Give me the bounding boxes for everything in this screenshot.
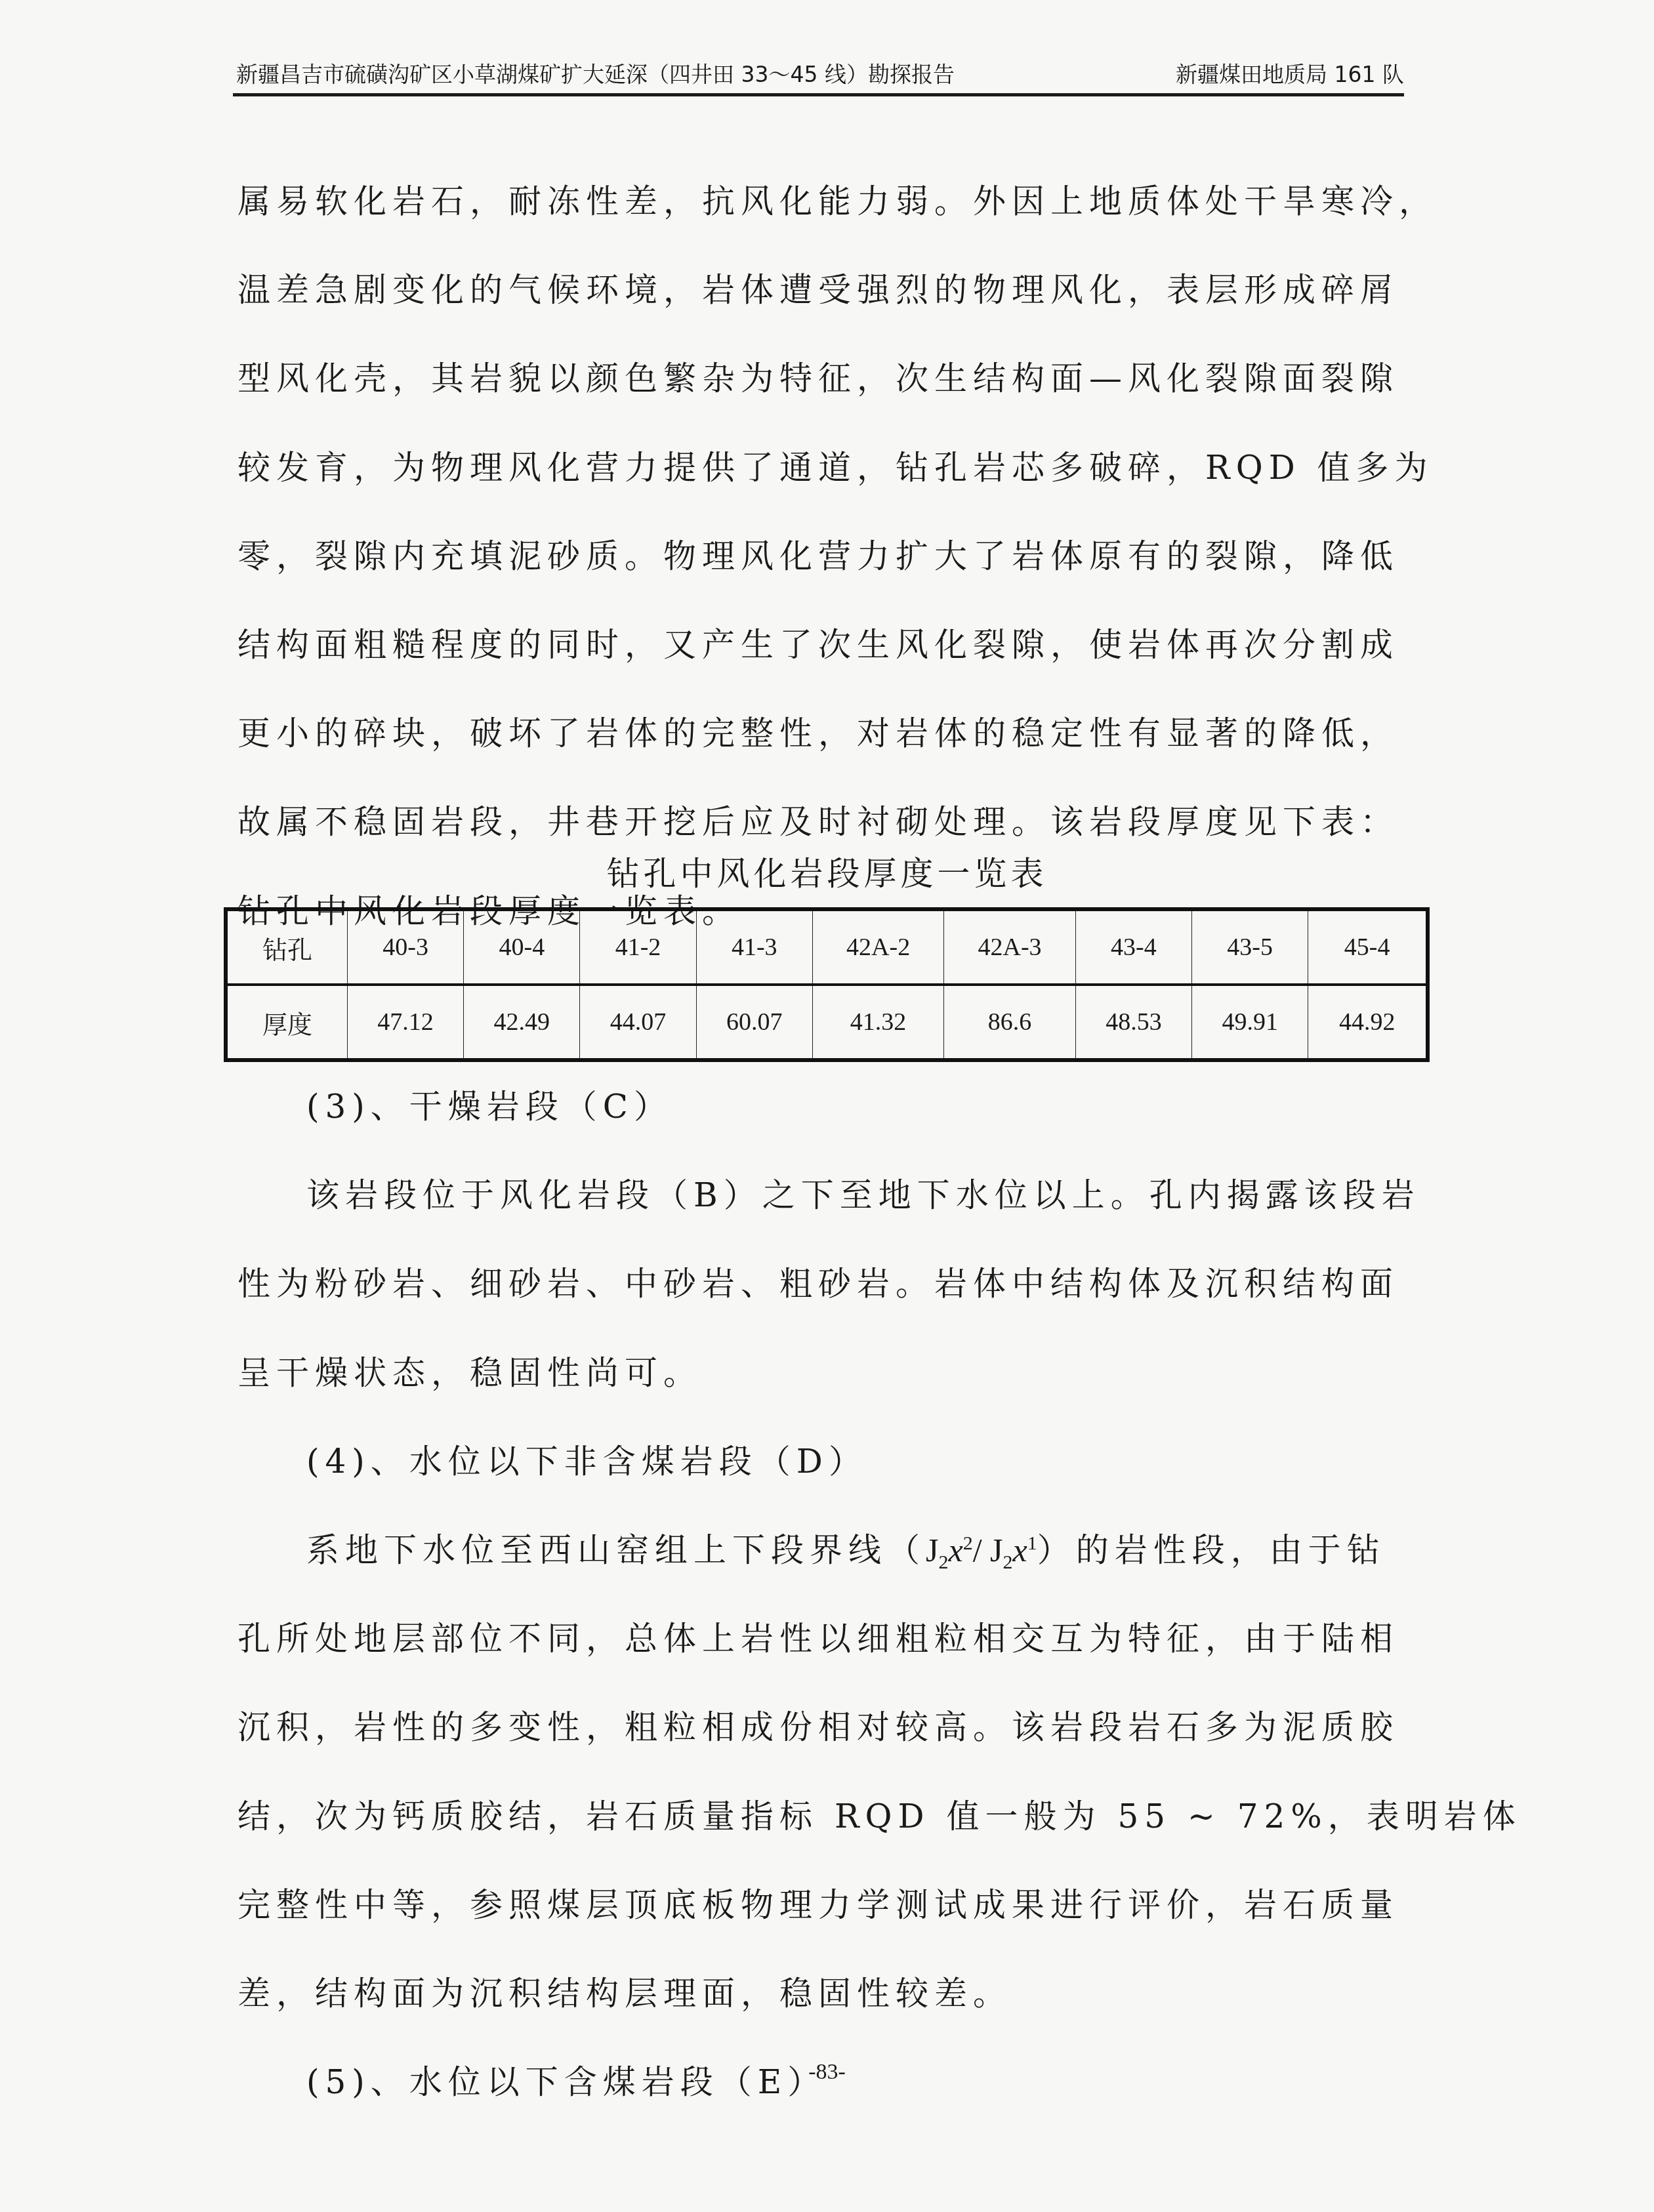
text-line: 孔所处地层部位不同，总体上岩性以细粗粒相交互为特征，由于陆相 xyxy=(238,1595,1405,1683)
table-cell: 45-4 xyxy=(1308,909,1428,985)
section-heading-d: (4)、水位以下非含煤岩段（D） xyxy=(238,1418,1405,1506)
table-cell: 42.49 xyxy=(464,985,580,1060)
table-cell: 40-4 xyxy=(464,909,580,985)
text-line-formula: 系地下水位至西山窑组上下段界线（J2x2/ J2x1）的岩性段，由于钻 xyxy=(238,1506,1405,1595)
text-line: 属易软化岩石，耐冻性差，抗风化能力弱。外因上地质体处干旱寒冷， xyxy=(238,157,1405,246)
text-line: 结构面粗糙程度的同时，又产生了次生风化裂隙，使岩体再次分割成 xyxy=(238,601,1405,689)
table-cell: 47.12 xyxy=(348,985,464,1060)
table-cell: 40-3 xyxy=(348,909,464,985)
text-line: 更小的碎块，破坏了岩体的完整性，对岩体的稳定性有显著的降低， xyxy=(238,689,1405,778)
table-cell: 41-2 xyxy=(580,909,696,985)
text-line: 性为粉砂岩、细砂岩、中砂岩、粗砂岩。岩体中结构体及沉积结构面 xyxy=(238,1240,1405,1328)
table-cell: 49.91 xyxy=(1192,985,1308,1060)
formula: J2x2/ J2x1 xyxy=(926,1532,1037,1568)
text-line: 差，结构面为沉积结构层理面，稳固性较差。 xyxy=(238,1950,1405,2038)
running-header: 新疆昌吉市硫磺沟矿区小草湖煤矿扩大延深（四井田 33～45 线）勘探报告 新疆煤… xyxy=(236,58,1404,89)
table-cell: 60.07 xyxy=(696,985,812,1060)
text-line: 沉积，岩性的多变性，粗粒相成份相对较高。该岩段岩石多为泥质胶 xyxy=(238,1683,1405,1772)
row-header: 钻孔 xyxy=(226,909,348,985)
table-cell: 41-3 xyxy=(696,909,812,985)
text-line: 温差急剧变化的气候环境，岩体遭受强烈的物理风化，表层形成碎屑 xyxy=(238,246,1405,335)
text-line: 完整性中等，参照煤层顶底板物理力学测试成果进行评价，岩石质量 xyxy=(238,1861,1405,1950)
table-caption: 钻孔中风化岩段厚度一览表 xyxy=(0,848,1654,895)
paragraph-weathered-zone: 属易软化岩石，耐冻性差，抗风化能力弱。外因上地质体处干旱寒冷， 温差急剧变化的气… xyxy=(238,157,1405,956)
table-cell: 44.07 xyxy=(580,985,696,1060)
page-number: -83- xyxy=(0,2060,1654,2085)
text-line: 零，裂隙内充填泥砂质。物理风化营力扩大了岩体原有的裂隙，降低 xyxy=(238,512,1405,601)
table-cell: 86.6 xyxy=(944,985,1075,1060)
text-line: 该岩段位于风化岩段（B）之下至地下水位以上。孔内揭露该段岩 xyxy=(238,1151,1405,1240)
table-cell: 48.53 xyxy=(1075,985,1191,1060)
table-row-thickness: 厚度 47.12 42.49 44.07 60.07 41.32 86.6 48… xyxy=(226,985,1428,1060)
text-line: 呈干燥状态，稳固性尚可。 xyxy=(238,1329,1405,1418)
table-cell: 42A-3 xyxy=(944,909,1075,985)
row-header: 厚度 xyxy=(226,985,348,1060)
header-rule xyxy=(233,93,1404,96)
section-heading-c: (3)、干燥岩段（C） xyxy=(238,1063,1405,1151)
report-title: 新疆昌吉市硫磺沟矿区小草湖煤矿扩大延深（四井田 33～45 线）勘探报告 xyxy=(236,58,955,89)
table-cell: 43-4 xyxy=(1075,909,1191,985)
organization: 新疆煤田地质局 161 队 xyxy=(1176,58,1404,89)
text-line: 结，次为钙质胶结，岩石质量指标 RQD 值一般为 55 ~ 72%，表明岩体 xyxy=(238,1772,1405,1861)
table-cell: 42A-2 xyxy=(812,909,943,985)
table-cell: 41.32 xyxy=(812,985,943,1060)
lower-sections: (3)、干燥岩段（C） 该岩段位于风化岩段（B）之下至地下水位以上。孔内揭露该段… xyxy=(238,1063,1405,2127)
table-cell: 44.92 xyxy=(1308,985,1428,1060)
text-before-formula: 系地下水位至西山窑组上下段界线（ xyxy=(306,1531,926,1569)
thickness-table: 钻孔 40-3 40-4 41-2 41-3 42A-2 42A-3 43-4 … xyxy=(224,907,1430,1062)
table-row-borehole: 钻孔 40-3 40-4 41-2 41-3 42A-2 42A-3 43-4 … xyxy=(226,909,1428,985)
text-line: 较发育，为物理风化营力提供了通道，钻孔岩芯多破碎，RQD 值多为 xyxy=(238,424,1405,512)
text-after-formula: ）的岩性段，由于钻 xyxy=(1037,1531,1386,1569)
table-cell: 43-5 xyxy=(1192,909,1308,985)
text-line: 型风化壳，其岩貌以颜色繁杂为特征，次生结构面—风化裂隙面裂隙 xyxy=(238,335,1405,423)
